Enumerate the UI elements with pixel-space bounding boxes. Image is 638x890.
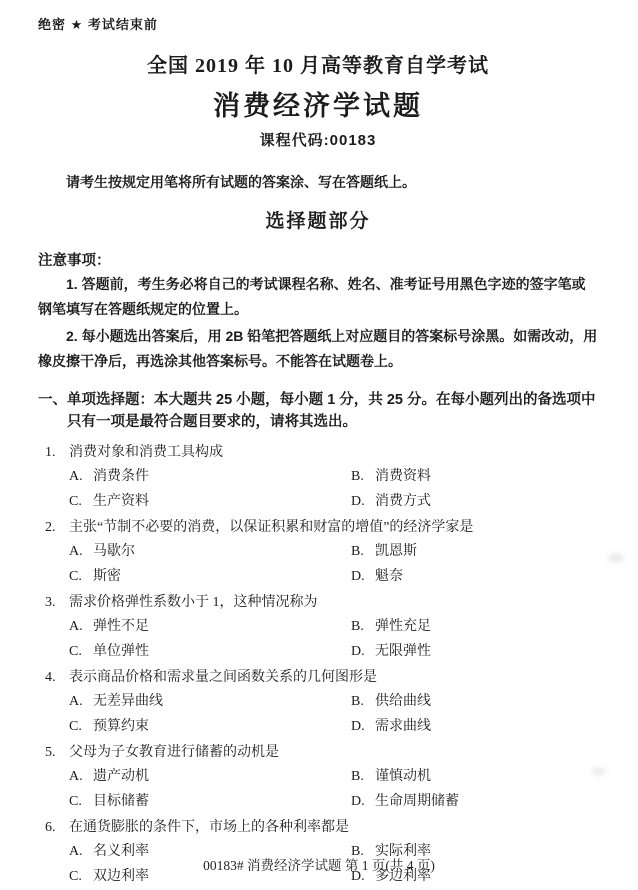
option-grid: A.弹性不足 B.弹性充足 C.单位弹性 D.无限弹性 — [69, 614, 598, 664]
question-4: 4. 表示商品价格和需求量之间函数关系的几何图形是 A.无差异曲线 B.供给曲线… — [45, 664, 598, 739]
exam-notes: 注意事项： 1. 答题前，考生务必将自己的考试课程名称、姓名、准考证号用黑色字迹… — [38, 249, 598, 374]
option-grid: A.遗产动机 B.谨慎动机 C.目标储蓄 D.生命周期储蓄 — [69, 764, 598, 814]
question-text: 在通货膨胀的条件下，市场上的各种利率都是 — [69, 816, 349, 839]
option-b: B.消费资料 — [351, 464, 598, 489]
question-text: 主张“节制不必要的消费，以保证积累和财富的增值”的经济学家是 — [69, 516, 473, 539]
exam-paper-page: 绝密 ★ 考试结束前 全国 2019 年 10 月高等教育自学考试 消费经济学试… — [0, 0, 638, 890]
notes-heading: 注意事项： — [38, 249, 598, 270]
question-number: 1. — [45, 441, 69, 464]
question-3: 3. 需求价格弹性系数小于 1，这种情况称为 A.弹性不足 B.弹性充足 C.单… — [45, 589, 598, 664]
question-stem: 3. 需求价格弹性系数小于 1，这种情况称为 — [45, 589, 598, 614]
option-d: D.无限弹性 — [351, 639, 598, 664]
option-d: D.消费方式 — [351, 489, 598, 514]
question-text: 需求价格弹性系数小于 1，这种情况称为 — [69, 591, 318, 614]
question-6: 6. 在通货膨胀的条件下，市场上的各种利率都是 A.名义利率 B.实际利率 C.… — [45, 814, 598, 889]
question-stem: 5. 父母为子女教育进行储蓄的动机是 — [45, 739, 598, 764]
option-b: B.弹性充足 — [351, 614, 598, 639]
question-text: 父母为子女教育进行储蓄的动机是 — [69, 741, 279, 764]
part-one-number: 一、 — [38, 389, 67, 433]
option-a: A.无差异曲线 — [69, 689, 351, 714]
question-stem: 6. 在通货膨胀的条件下，市场上的各种利率都是 — [45, 814, 598, 839]
part-one-instructions: 单项选择题：本大题共 25 小题，每小题 1 分，共 25 分。在每小题列出的备… — [67, 389, 598, 433]
option-d: D.生命周期储蓄 — [351, 789, 598, 814]
option-grid: A.消费条件 B.消费资料 C.生产资料 D.消费方式 — [69, 464, 598, 514]
question-stem: 4. 表示商品价格和需求量之间函数关系的几何图形是 — [45, 664, 598, 689]
course-code-line: 课程代码:00183 — [38, 129, 598, 150]
question-number: 4. — [45, 666, 69, 689]
part-one-heading: 一、 单项选择题：本大题共 25 小题，每小题 1 分，共 25 分。在每小题列… — [38, 389, 598, 433]
scan-artifact — [592, 768, 606, 775]
option-grid: A.马歇尔 B.凯恩斯 C.斯密 D.魁奈 — [69, 539, 598, 589]
option-c: C.斯密 — [69, 564, 351, 589]
security-classification-line: 绝密 ★ 考试结束前 — [38, 14, 598, 33]
option-a: A.马歇尔 — [69, 539, 351, 564]
question-2: 2. 主张“节制不必要的消费，以保证积累和财富的增值”的经济学家是 A.马歇尔 … — [45, 514, 598, 589]
option-b: B.供给曲线 — [351, 689, 598, 714]
option-a: A.消费条件 — [69, 464, 351, 489]
option-b: B.凯恩斯 — [351, 539, 598, 564]
option-c: C.目标储蓄 — [69, 789, 351, 814]
exam-subject-title: 消费经济学试题 — [38, 84, 598, 123]
answer-sheet-instruction: 请考生按规定用笔将所有试题的答案涂、写在答题纸上。 — [38, 172, 598, 192]
option-d: D.魁奈 — [351, 564, 598, 589]
question-number: 3. — [45, 591, 69, 614]
question-number: 6. — [45, 816, 69, 839]
question-1: 1. 消费对象和消费工具构成 A.消费条件 B.消费资料 C.生产资料 D.消费… — [45, 439, 598, 514]
question-stem: 1. 消费对象和消费工具构成 — [45, 439, 598, 464]
exam-session-title: 全国 2019 年 10 月高等教育自学考试 — [38, 49, 598, 78]
question-text: 消费对象和消费工具构成 — [69, 441, 223, 464]
question-stem: 2. 主张“节制不必要的消费，以保证积累和财富的增值”的经济学家是 — [45, 514, 598, 539]
option-grid: A.无差异曲线 B.供给曲线 C.预算约束 D.需求曲线 — [69, 689, 598, 739]
question-list: 1. 消费对象和消费工具构成 A.消费条件 B.消费资料 C.生产资料 D.消费… — [45, 439, 598, 889]
question-number: 2. — [45, 516, 69, 539]
note-item-2: 2. 每小题选出答案后，用 2B 铅笔把答题纸上对应题目的答案标号涂黑。如需改动… — [38, 324, 598, 374]
option-a: A.弹性不足 — [69, 614, 351, 639]
option-c: C.预算约束 — [69, 714, 351, 739]
option-a: A.遗产动机 — [69, 764, 351, 789]
scan-artifact — [608, 554, 624, 562]
option-c: C.单位弹性 — [69, 639, 351, 664]
question-text: 表示商品价格和需求量之间函数关系的几何图形是 — [69, 666, 377, 689]
question-number: 5. — [45, 741, 69, 764]
option-c: C.生产资料 — [69, 489, 351, 514]
multiple-choice-section-title: 选择题部分 — [38, 206, 598, 233]
note-item-1: 1. 答题前，考生务必将自己的考试课程名称、姓名、准考证号用黑色字迹的签字笔或钢… — [38, 272, 598, 322]
option-d: D.需求曲线 — [351, 714, 598, 739]
page-footer: 00183# 消费经济学试题 第 1 页(共 4 页) — [0, 854, 638, 874]
option-b: B.谨慎动机 — [351, 764, 598, 789]
question-5: 5. 父母为子女教育进行储蓄的动机是 A.遗产动机 B.谨慎动机 C.目标储蓄 … — [45, 739, 598, 814]
